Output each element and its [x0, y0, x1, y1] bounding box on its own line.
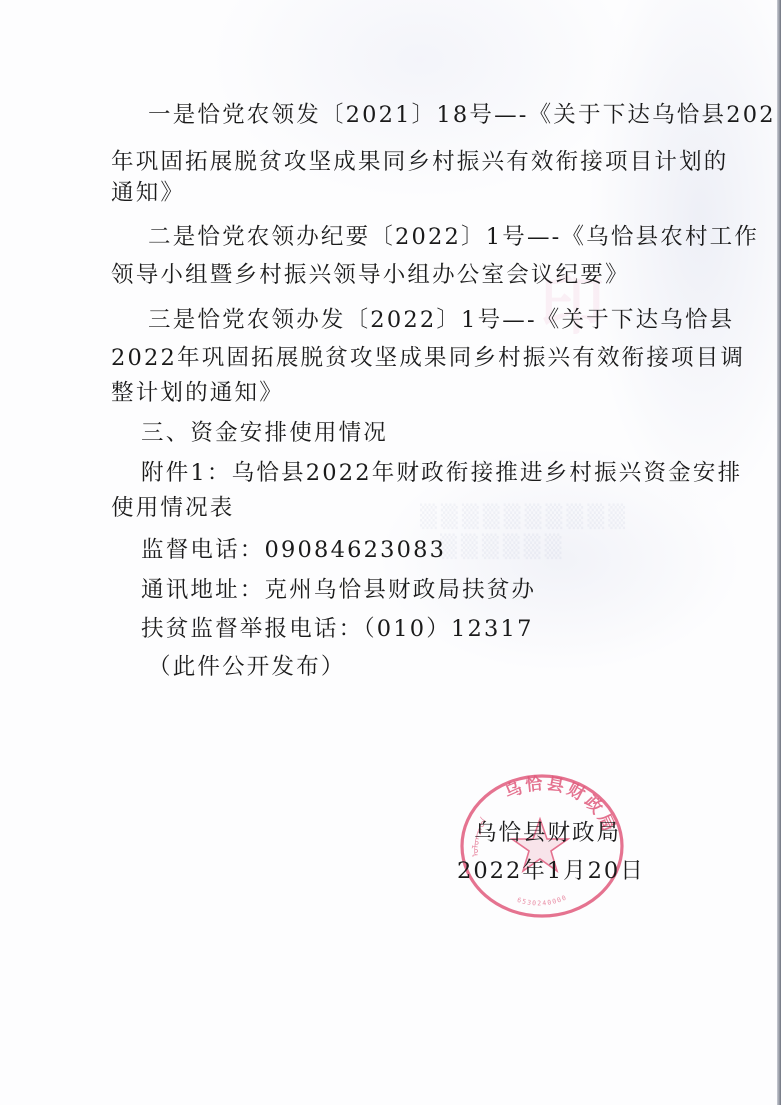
item-3-line-3: 整计划的通知》 — [111, 378, 284, 408]
address-row: 通讯地址：克州乌恰县财政局扶贫办 — [141, 575, 536, 605]
supervision-phone-label: 监督电话： — [141, 537, 265, 563]
section-heading: 三、资金安排使用情况 — [141, 418, 388, 448]
item-3-line-1: 三是恰党农领办发〔2022〕1号—-《关于下达乌恰县 — [148, 305, 734, 335]
item-2-line-1: 二是恰党农领办纪要〔2022〕1号—-《乌恰县农村工作 — [148, 222, 759, 252]
item-2-line-2: 领导小组暨乡村振兴领导小组办公室会议纪要》 — [111, 260, 630, 290]
item-1-line-3: 通知》 — [111, 178, 185, 208]
document-page: 印 ▒▒▒▒▒▒▒▒▒▒ ▒▒▒▒▒▒ 一是恰党农领发〔2021〕18号—-《关… — [0, 0, 777, 1105]
item-1-line-1: 一是恰党农领发〔2021〕18号—-《关于下达乌恰县2022 — [148, 100, 781, 130]
report-phone-row: 扶贫监督举报电话：（010）12317 — [141, 614, 534, 644]
report-phone-label: 扶贫监督举报电话： — [141, 616, 363, 642]
signature-organization: 乌恰县财政局 — [474, 818, 621, 848]
attachment-line-2: 使用情况表 — [111, 493, 235, 523]
item-1-line-2: 年巩固拓展脱贫攻坚成果同乡村振兴有效衔接项目计划的 — [111, 147, 729, 177]
item-3-line-2: 2022年巩固拓展脱贫攻坚成果同乡村振兴有效衔接项目调 — [111, 343, 745, 373]
attachment-line-1: 附件1：乌恰县2022年财政衔接推进乡村振兴资金安排 — [141, 458, 742, 488]
supervision-phone-value: 09084623083 — [265, 537, 447, 563]
address-label: 通讯地址： — [141, 577, 265, 603]
report-phone-value: （010）12317 — [363, 616, 533, 642]
signature-date: 2022年1月20日 — [457, 856, 645, 886]
bleed-through-text-2: ▒▒▒▒▒▒ — [440, 535, 566, 560]
scan-page-edge — [777, 0, 781, 1105]
svg-text:6530240000: 6530240000 — [516, 893, 568, 907]
publication-note: （此件公开发布） — [148, 652, 346, 682]
supervision-phone-row: 监督电话：09084623083 — [141, 535, 446, 565]
address-value: 克州乌恰县财政局扶贫办 — [265, 577, 537, 603]
bleed-through-text: ▒▒▒▒▒▒▒▒▒▒ — [420, 505, 629, 530]
